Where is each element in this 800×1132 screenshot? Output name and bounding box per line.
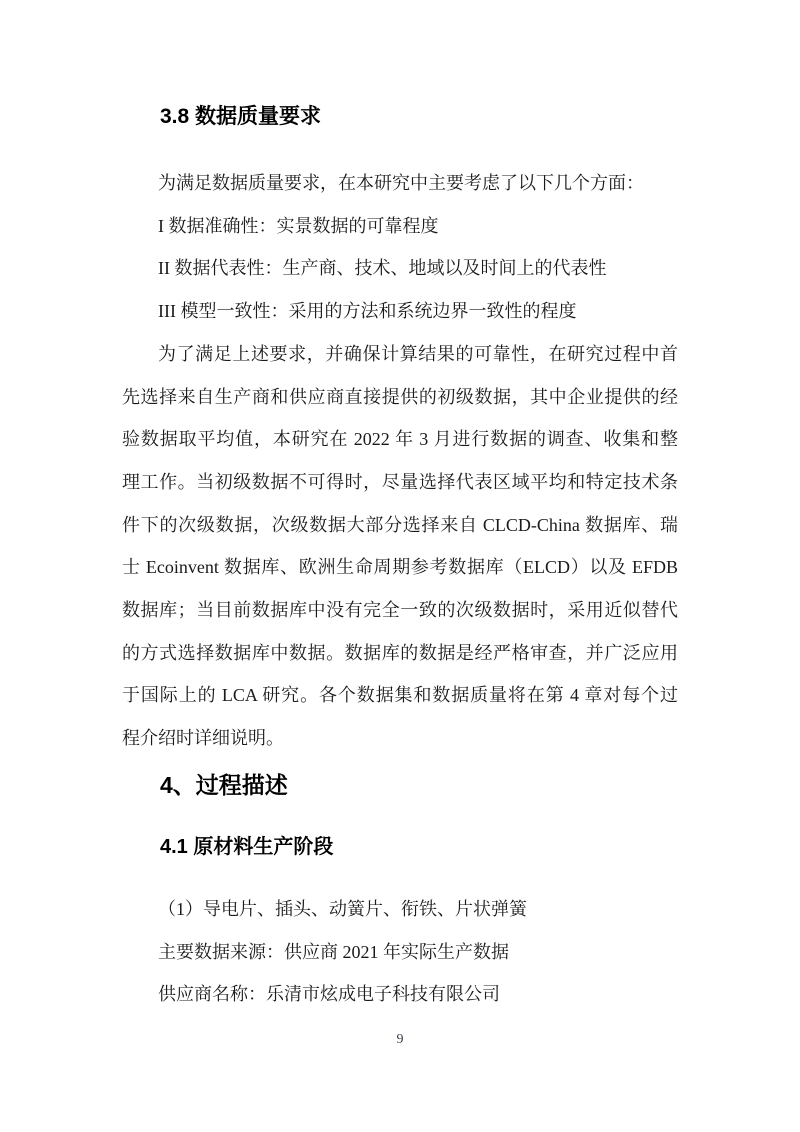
paragraph-line: 于国际上的 LCA 研究。各个数据集和数据质量将在第 4 章对每个过: [122, 674, 678, 717]
intro-line: 为满足数据质量要求，在本研究中主要考虑了以下几个方面：: [122, 162, 678, 205]
paragraph-line: 先选择来自生产商和供应商直接提供的初级数据，其中企业提供的经: [122, 376, 678, 419]
document-page: 3.8 数据质量要求 为满足数据质量要求，在本研究中主要考虑了以下几个方面： I…: [0, 0, 800, 1132]
materials-list-line: （1）导电片、插头、动簧片、衔铁、片状弹簧: [122, 888, 678, 931]
paragraph-line: 士 Ecoinvent 数据库、欧洲生命周期参考数据库（ELCD）以及 EFDB: [122, 546, 678, 589]
paragraph-line: 数据库；当目前数据库中没有完全一致的次级数据时，采用近似替代: [122, 589, 678, 632]
paragraph-line: 验数据取平均值，本研究在 2022 年 3 月进行数据的调查、收集和整: [122, 418, 678, 461]
paragraph-line: 的方式选择数据库中数据。数据库的数据是经严格审查，并广泛应用: [122, 632, 678, 675]
paragraph-line: 为了满足上述要求，并确保计算结果的可靠性，在研究过程中首: [122, 333, 678, 376]
supplier-name-line: 供应商名称：乐清市炫成电子科技有限公司: [122, 973, 678, 1016]
section-4-1-body: （1）导电片、插头、动簧片、衔铁、片状弹簧 主要数据来源：供应商 2021 年实…: [122, 888, 678, 1016]
data-source-line: 主要数据来源：供应商 2021 年实际生产数据: [122, 931, 678, 974]
section-4-1-heading: 4.1 原材料生产阶段: [160, 834, 678, 860]
paragraph-line: 件下的次级数据，次级数据大部分选择来自 CLCD-China 数据库、瑞: [122, 504, 678, 547]
paragraph-line: 理工作。当初级数据不可得时，尽量选择代表区域平均和特定技术条: [122, 461, 678, 504]
paragraph-line: 程介绍时详细说明。: [122, 717, 678, 760]
criterion-line-representativeness: II 数据代表性：生产商、技术、地域以及时间上的代表性: [122, 247, 678, 290]
section-3-8-body: 为满足数据质量要求，在本研究中主要考虑了以下几个方面： I 数据准确性：实景数据…: [122, 162, 678, 760]
section-3-8-heading: 3.8 数据质量要求: [160, 104, 678, 130]
criterion-line-accuracy: I 数据准确性：实景数据的可靠程度: [122, 205, 678, 248]
criterion-line-consistency: III 模型一致性：采用的方法和系统边界一致性的程度: [122, 290, 678, 333]
page-number: 9: [0, 1031, 800, 1049]
section-4-heading: 4、过程描述: [160, 770, 678, 800]
